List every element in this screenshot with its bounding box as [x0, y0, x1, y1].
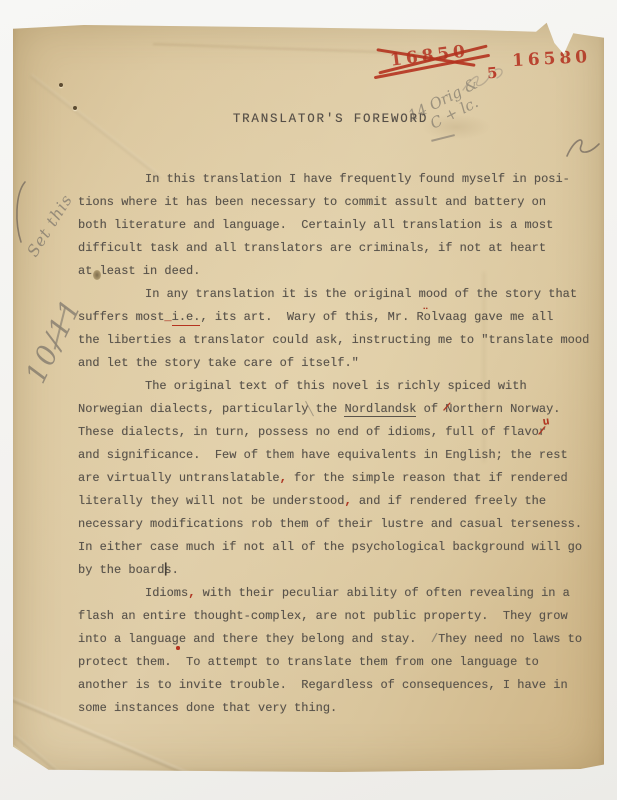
- typed-text: at least in deed.: [78, 264, 200, 278]
- page-title: TRANSLATOR'S FOREWORD: [13, 112, 604, 126]
- typed-text: necessary modifications rob them of thei…: [78, 517, 582, 531]
- typed-line: suffers most_i.e., its art. Wary of this…: [78, 306, 583, 329]
- typed-text: and let the story take care of itself.": [78, 356, 359, 370]
- typed-text: The original text of this novel is richl…: [145, 379, 527, 393]
- typed-line: In this translation I have frequently fo…: [78, 168, 583, 191]
- typed-line: In any translation it is the original mo…: [78, 283, 583, 306]
- typed-text: In this translation I have frequently fo…: [145, 172, 570, 186]
- pencil-slash-mark: /: [431, 632, 438, 646]
- underlined-nordlandsk: Nordlandsk: [344, 402, 416, 417]
- typed-body: In this translation I have frequently fo…: [78, 168, 583, 720]
- pencil-squiggle-right-margin: [565, 134, 607, 164]
- typed-text: protect them. To attempt to translate th…: [78, 655, 539, 669]
- paragraph: In this translation I have frequently fo…: [78, 168, 583, 283]
- typed-line: the liberties a translator could ask, in…: [78, 329, 583, 352]
- typed-text: .: [172, 563, 179, 577]
- paragraph: Idioms, with their peculiar ability of o…: [78, 582, 583, 720]
- pencil-squiggle-left-margin: [9, 180, 31, 246]
- typed-line: protect them. To attempt to translate th…: [78, 651, 583, 674]
- typed-line: difficult task and all translators are c…: [78, 237, 583, 260]
- typed-text: In either case much if not all of the ps…: [78, 540, 582, 554]
- paragraph: In any translation it is the original mo…: [78, 283, 583, 375]
- typed-line: Norwegian dialects, particularly the Nor…: [78, 398, 583, 421]
- typed-line: tions where it has been necessary to com…: [78, 191, 583, 214]
- typed-text: with their peculiar ability of often rev…: [195, 586, 569, 600]
- typed-text: tions where it has been necessary to com…: [78, 195, 546, 209]
- manuscript-page: 16850 16580 5 14 Orig & C + lc. Set this…: [13, 22, 604, 772]
- crease-corner-fold: [14, 734, 77, 788]
- typed-line: The original text of this novel is richl…: [78, 375, 583, 398]
- typed-text: are virtually untranslatable: [78, 471, 280, 485]
- typed-line: by the boards|.: [78, 559, 583, 582]
- typed-text: , its art. Wary of this, Mr. Ro: [200, 310, 430, 324]
- red-dash-insertion: _: [164, 310, 171, 324]
- paragraph: The original text of this novel is richl…: [78, 375, 583, 582]
- pinhole: [73, 106, 77, 110]
- typed-text: into a language and there they belong an…: [78, 632, 431, 646]
- stamp-new-number: 16580: [512, 47, 592, 71]
- typed-text: In any translation it is the original mo…: [145, 287, 577, 301]
- typed-line: are virtually untranslatable, for the si…: [78, 467, 583, 490]
- pinhole: [59, 83, 63, 87]
- typed-line: These dialects, in turn, possess no end …: [78, 421, 583, 444]
- red-underlined-ie: i.e.: [172, 310, 201, 326]
- typed-text: Norwegian dialects, particularly the: [78, 402, 344, 416]
- typed-line: In either case much if not all of the ps…: [78, 536, 583, 559]
- typed-line: literally they will not be understood, a…: [78, 490, 583, 513]
- typed-text: suffers most: [78, 310, 164, 324]
- typed-line: necessary modifications rob them of thei…: [78, 513, 583, 536]
- scan-background: 16850 16580 5 14 Orig & C + lc. Set this…: [0, 0, 617, 800]
- typed-text: difficult task and all translators are c…: [78, 241, 546, 255]
- red-comma-insertion: ,: [344, 494, 351, 508]
- typed-line: and let the story take care of itself.": [78, 352, 583, 375]
- typed-text: and if rendered freely the: [352, 494, 546, 508]
- typed-text: literally they will not be understood: [78, 494, 344, 508]
- typed-text: both literature and language. Certainly …: [78, 218, 553, 232]
- typed-line: at least in deed.: [78, 260, 583, 283]
- typed-text: lvaag gave me all: [431, 310, 553, 324]
- typed-text: They need no laws to: [438, 632, 582, 646]
- typed-text: flash an entire thought-complex, are not…: [78, 609, 568, 623]
- typed-text: by the boards: [78, 563, 172, 577]
- typed-line: some instances done that very thing.: [78, 697, 583, 720]
- typed-text: some instances done that very thing.: [78, 701, 337, 715]
- typed-line: and significance. Few of them have equiv…: [78, 444, 583, 467]
- typed-line: another is to invite trouble. Regardless…: [78, 674, 583, 697]
- typed-line: into a language and there they belong an…: [78, 628, 583, 651]
- crease-top-left: [30, 74, 162, 178]
- typed-text: for the simple reason that if rendered: [287, 471, 568, 485]
- typed-text: another is to invite trouble. Regardless…: [78, 678, 568, 692]
- typed-line: both literature and language. Certainly …: [78, 214, 583, 237]
- typed-text: the liberties a translator could ask, in…: [78, 333, 589, 347]
- typed-line: flash an entire thought-complex, are not…: [78, 605, 583, 628]
- typed-text: Idioms: [145, 586, 188, 600]
- typed-line: Idioms, with their peculiar ability of o…: [78, 582, 583, 605]
- dog-ear-fold: [13, 744, 47, 772]
- typed-text: These dialects, in turn, possess no end …: [78, 425, 546, 439]
- typed-text: and significance. Few of them have equiv…: [78, 448, 568, 462]
- typed-text: orthern Norway.: [452, 402, 560, 416]
- pencil-faint-scribble: [459, 62, 509, 96]
- red-comma-insertion: ,: [280, 471, 287, 485]
